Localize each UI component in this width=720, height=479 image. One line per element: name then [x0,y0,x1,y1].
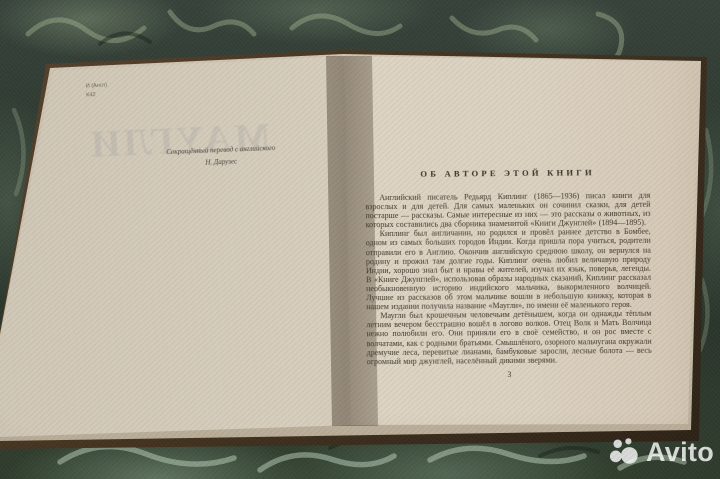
about-author-heading: ОБ АВТОРЕ ЭТОЙ КНИГИ [365,167,650,179]
photo-scene: И (Англ) К42 МАУГЛИ Сокращённый перевод … [0,0,720,479]
about-paragraph-2: Киплинг был англичанин, но родился и про… [366,227,652,311]
avito-watermark: Avito [608,436,714,469]
avito-wordmark: Avito [646,439,714,466]
about-paragraph-3: Маугли был крошечным человечьим детёныше… [366,309,651,366]
about-paragraph-1: Английский писатель Редьярд Киплинг (186… [365,191,650,230]
showthrough-title: МАУГЛИ [84,100,273,182]
avito-logo-icon [608,436,641,469]
about-author-text-block: ОБ АВТОРЕ ЭТОЙ КНИГИ Английский писатель… [365,167,652,380]
library-code-stamp: И (Англ) К42 [86,81,108,99]
